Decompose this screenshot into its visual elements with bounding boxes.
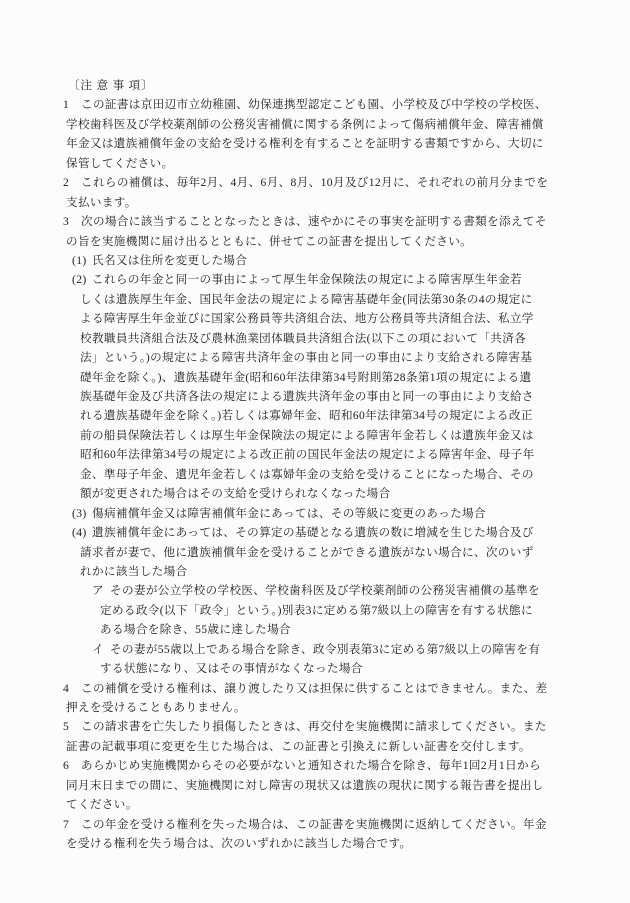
line-text: あらかじめ実施機関からその必要がないと通知された場合を除き、毎年1回2月1日から — [81, 759, 541, 772]
line-text: する状態になり、又はその事情がなくなった場合 — [100, 662, 363, 675]
notice-line: (1)氏名又は住所を変更した場合 — [63, 251, 567, 270]
item-label: 1 — [63, 95, 69, 114]
notice-line: 前の船員保険法若しくは厚生年金保険法の規定による障害年金若しくは遺族年金又は — [63, 426, 567, 445]
notice-line: 学校歯科医及び学校薬剤師の公務災害補償に関する条例によって傷病補償年金、障害補償 — [63, 115, 567, 134]
line-text: 押えを受けることもありません。 — [66, 701, 246, 714]
line-text: 額が変更された場合はその支給を受けられなくなった場合 — [80, 487, 391, 500]
line-text: ある場合を除き、55歳に達した場合 — [100, 623, 291, 636]
item-label: 5 — [63, 717, 69, 736]
line-text: しくは遺族厚生年金、国民年金法の規定による障害基礎年金(同法第30条の4の規定に — [80, 293, 533, 306]
line-text: 同月末日までの間に、実施機関に対し障害の現状又は遺族の現状に関する報告書を提出し — [66, 779, 544, 792]
notice-line: 額が変更された場合はその支給を受けられなくなった場合 — [63, 484, 567, 503]
line-text: その妻が公立学校の学校医、学校歯科医及び学校薬剤師の公務災害補償の基準を — [110, 584, 540, 597]
line-text: 次の場合に該当することとなったときは、速やかにその事実を証明する書類を添えてそ — [81, 215, 547, 228]
line-text: この補償を受ける権利は、譲り渡したり又は担保に供することはできません。また、差 — [81, 682, 548, 695]
item-label: (4) — [72, 523, 87, 542]
line-text: てください。 — [66, 798, 138, 811]
line-text: 学校歯科医及び学校薬剤師の公務災害補償に関する条例によって傷病補償年金、障害補償 — [66, 118, 544, 131]
notice-line: 礎年金を除く。)、遺族基礎年金(昭和60年法律第34号附則第28条第1項の規定に… — [63, 368, 567, 387]
notice-line: 法」という。)の規定による障害共済年金の事由と同一の事由により支給される障害基 — [63, 348, 567, 367]
notice-line: (4)遺族補償年金にあっては、その算定の基礎となる遺族の数に増減を生じた場合及び — [63, 523, 567, 542]
notice-body: 〔注 意 事 項〕1この証書は京田辺市立幼稚園、幼保連携型認定こども園、小学校及… — [63, 76, 567, 854]
item-label: (3) — [72, 504, 87, 523]
notice-line: よる障害厚生年金並びに国家公務員等共済組合法、地方公務員等共済組合法、私立学 — [63, 309, 567, 328]
notice-line: イその妻が55歳以上である場合を除き、政令別表第3に定める第7級以上の障害を有 — [63, 640, 567, 659]
notice-line: れる遺族基礎年金を除く。)若しくは寡婦年金、昭和60年法律第34号の規定による改… — [63, 406, 567, 425]
item-label: 4 — [63, 679, 69, 698]
notice-line: 請求者が妻で、他に遺族補償年金を受けることができる遺族がない場合に、次のいず — [63, 543, 567, 562]
line-text: 傷病補償年金又は障害補償年金にあっては、その等級に変更のあった場合 — [92, 507, 486, 520]
notice-line: 保管してください。 — [63, 154, 567, 173]
notice-line: 同月末日までの間に、実施機関に対し障害の現状又は遺族の現状に関する報告書を提出し — [63, 776, 567, 795]
line-text: を受ける権利を失う場合は、次のいずれかに該当した場合です。 — [66, 837, 411, 850]
notice-line: を受ける権利を失う場合は、次のいずれかに該当した場合です。 — [63, 834, 567, 853]
line-text: 請求者が妻で、他に遺族補償年金を受けることができる遺族がない場合に、次のいず — [80, 546, 534, 559]
line-text: 礎年金を除く。)、遺族基礎年金(昭和60年法律第34号附則第28条第1項の規定に… — [80, 371, 532, 384]
line-text: この証書は京田辺市立幼稚園、幼保連携型認定こども園、小学校及び中学校の学校医、 — [81, 98, 547, 111]
line-text: れかに該当した場合 — [80, 565, 188, 578]
line-text: 遺族補償年金にあっては、その算定の基礎となる遺族の数に増減を生じた場合及び — [92, 526, 534, 539]
notice-line: 7この年金を受ける権利を失った場合は、この証書を実施機関に返納してください。年金 — [63, 815, 567, 834]
item-label: ア — [92, 581, 104, 600]
item-label: (1) — [72, 251, 87, 270]
item-label: 7 — [63, 815, 69, 834]
line-text: れる遺族基礎年金を除く。)若しくは寡婦年金、昭和60年法律第34号の規定による改… — [80, 409, 533, 422]
notice-line: 定める政令(以下「政令」という。)別表3に定める第7級以上の障害を有する状態に — [63, 601, 567, 620]
line-text: 年金又は遺族補償年金の支給を受ける権利を有することを証明する書類ですから、大切に — [66, 137, 544, 150]
notice-line: しくは遺族厚生年金、国民年金法の規定による障害基礎年金(同法第30条の4の規定に — [63, 290, 567, 309]
notice-heading: 〔注 意 事 項〕 — [63, 76, 567, 95]
notice-line: 校教職員共済組合法及び農林漁業団体職員共済組合法(以下この項において「共済各 — [63, 329, 567, 348]
notice-line: 5この請求書を亡失したり損傷したときは、再交付を実施機関に請求してください。また — [63, 717, 567, 736]
line-text: 金、準母子年金、遺児年金若しくは寡婦年金の支給を受けることになった場合、その — [80, 468, 534, 481]
notice-line: 1この証書は京田辺市立幼稚園、幼保連携型認定こども園、小学校及び中学校の学校医、 — [63, 95, 567, 114]
line-text: 定める政令(以下「政令」という。)別表3に定める第7級以上の障害を有する状態に — [100, 604, 533, 617]
line-text: これらの年金と同一の事由によって厚生年金保険法の規定による障害厚生年金若 — [92, 273, 522, 286]
line-text: これらの補償は、毎年2月、4月、6月、8月、10月及び12月に、それぞれの前月分… — [81, 176, 548, 189]
notice-line: 押えを受けることもありません。 — [63, 698, 567, 717]
notice-line: する状態になり、又はその事情がなくなった場合 — [63, 659, 567, 678]
line-text: 前の船員保険法若しくは厚生年金保険法の規定による障害年金若しくは遺族年金又は — [80, 429, 534, 442]
line-text: 族基礎年金及び共済各法の規定による遺族共済年金の事由と同一の事由により支給さ — [80, 390, 534, 403]
notice-line: れかに該当した場合 — [63, 562, 567, 581]
notice-line: の旨を実施機関に届け出るとともに、併せてこの証書を提出してください。 — [63, 232, 567, 251]
notice-line: 3次の場合に該当することとなったときは、速やかにその事実を証明する書類を添えてそ — [63, 212, 567, 231]
line-text: の旨を実施機関に届け出るとともに、併せてこの証書を提出してください。 — [66, 235, 472, 248]
line-text: 保管してください。 — [66, 157, 174, 170]
notice-line: 証書の記載事項に変更を生じた場合は、この証書と引換えに新しい証書を交付します。 — [63, 737, 567, 756]
notice-line: ある場合を除き、55歳に達した場合 — [63, 620, 567, 639]
line-text: この年金を受ける権利を失った場合は、この証書を実施機関に返納してください。年金 — [81, 818, 547, 831]
line-text: 支払います。 — [66, 196, 137, 209]
line-text: この請求書を亡失したり損傷したときは、再交付を実施機関に請求してください。また — [81, 720, 547, 733]
notice-line: 金、準母子年金、遺児年金若しくは寡婦年金の支給を受けることになった場合、その — [63, 465, 567, 484]
line-text: よる障害厚生年金並びに国家公務員等共済組合法、地方公務員等共済組合法、私立学 — [80, 312, 534, 325]
line-text: 氏名又は住所を変更した場合 — [92, 254, 247, 267]
document-background: { "colors": { "page_background": "#fcfcf… — [0, 0, 630, 903]
line-text: 昭和60年法律第34号の規定による改正前の国民年金法の規定による障害年金、母子年 — [80, 448, 535, 461]
line-text: 証書の記載事項に変更を生じた場合は、この証書と引換えに新しい証書を交付します。 — [66, 740, 531, 753]
notice-line: 支払います。 — [63, 193, 567, 212]
document-page: 〔注 意 事 項〕1この証書は京田辺市立幼稚園、幼保連携型認定こども園、小学校及… — [0, 0, 630, 903]
notice-line: (3)傷病補償年金又は障害補償年金にあっては、その等級に変更のあった場合 — [63, 504, 567, 523]
line-text: 法」という。)の規定による障害共済年金の事由と同一の事由により支給される障害基 — [80, 351, 532, 364]
line-text: 校教職員共済組合法及び農林漁業団体職員共済組合法(以下この項において「共済各 — [80, 332, 526, 345]
notice-line: 族基礎年金及び共済各法の規定による遺族共済年金の事由と同一の事由により支給さ — [63, 387, 567, 406]
item-label: (2) — [72, 270, 87, 289]
notice-line: アその妻が公立学校の学校医、学校歯科医及び学校薬剤師の公務災害補償の基準を — [63, 581, 567, 600]
notice-line: (2)これらの年金と同一の事由によって厚生年金保険法の規定による障害厚生年金若 — [63, 270, 567, 289]
item-label: 3 — [63, 212, 69, 231]
notice-line: 6あらかじめ実施機関からその必要がないと通知された場合を除き、毎年1回2月1日か… — [63, 756, 567, 775]
notice-line: 年金又は遺族補償年金の支給を受ける権利を有することを証明する書類ですから、大切に — [63, 134, 567, 153]
notice-line: てください。 — [63, 795, 567, 814]
item-label: 6 — [63, 756, 69, 775]
notice-line: 昭和60年法律第34号の規定による改正前の国民年金法の規定による障害年金、母子年 — [63, 445, 567, 464]
line-text: 〔注 意 事 項〕 — [68, 79, 153, 92]
line-text: その妻が55歳以上である場合を除き、政令別表第3に定める第7級以上の障害を有 — [110, 643, 540, 656]
item-label: 2 — [63, 173, 69, 192]
notice-line: 4この補償を受ける権利は、譲り渡したり又は担保に供することはできません。また、差 — [63, 679, 567, 698]
notice-line: 2これらの補償は、毎年2月、4月、6月、8月、10月及び12月に、それぞれの前月… — [63, 173, 567, 192]
item-label: イ — [92, 640, 104, 659]
